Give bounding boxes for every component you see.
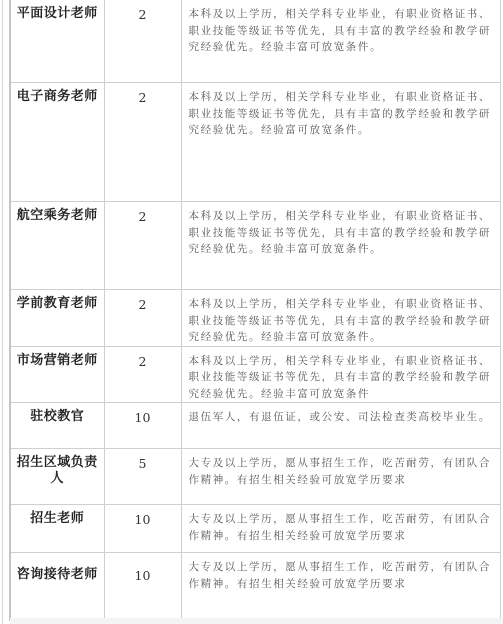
table-row: 平面设计老师 2 本科及以上学历，相关学科专业毕业，有职业资格证书、职业技能等级…	[10, 0, 500, 83]
headcount: 2	[104, 83, 181, 202]
position-name: 平面设计老师	[10, 0, 104, 83]
recruitment-table: 平面设计老师 2 本科及以上学历，相关学科专业毕业，有职业资格证书、职业技能等级…	[9, 0, 501, 621]
position-name: 招生老师	[10, 505, 104, 553]
position-name: 学前教育老师	[10, 290, 104, 347]
requirements: 本科及以上学历，相关学科专业毕业，有职业资格证书、职业技能等级证书等优先，具有丰…	[181, 0, 500, 83]
position-name: 驻校教官	[10, 403, 104, 449]
table-row: 咨询接待老师 10 大专及以上学历，愿从事招生工作，吃苦耐劳，有团队合作精神。有…	[10, 553, 500, 621]
requirements: 退伍军人，有退伍证，或公安、司法检查类高校毕业生。	[181, 403, 500, 449]
requirements: 大专及以上学历，愿从事招生工作，吃苦耐劳，有团队合作精神。有招生相关经验可放宽学…	[181, 505, 500, 553]
headcount: 10	[104, 505, 181, 553]
requirements: 大专及以上学历，愿从事招生工作，吃苦耐劳，有团队合作精神。有招生相关经验可放宽学…	[181, 553, 500, 621]
headcount: 10	[104, 553, 181, 621]
position-name: 招生区域负责人	[10, 449, 104, 505]
table-row: 招生区域负责人 5 大专及以上学历，愿从事招生工作，吃苦耐劳，有团队合作精神。有…	[10, 449, 500, 505]
page-edge-line	[2, 0, 3, 624]
table-row: 招生老师 10 大专及以上学历，愿从事招生工作，吃苦耐劳，有团队合作精神。有招生…	[10, 505, 500, 553]
position-name: 咨询接待老师	[10, 553, 104, 621]
table-row: 航空乘务老师 2 本科及以上学历，相关学科专业毕业，有职业资格证书、职业技能等级…	[10, 202, 500, 290]
requirements: 本科及以上学历，相关学科专业毕业，有职业资格证书、职业技能等级证书等优先，具有丰…	[181, 346, 500, 403]
table-row: 学前教育老师 2 本科及以上学历，相关学科专业毕业，有职业资格证书、职业技能等级…	[10, 290, 500, 347]
requirements: 本科及以上学历，相关学科专业毕业，有职业资格证书、职业技能等级证书等优先，具有丰…	[181, 83, 500, 202]
position-name: 市场营销老师	[10, 346, 104, 403]
page-bottom-margin	[10, 618, 503, 624]
table-row: 市场营销老师 2 本科及以上学历，相关学科专业毕业，有职业资格证书、职业技能等级…	[10, 346, 500, 403]
requirements: 本科及以上学历，相关学科专业毕业，有职业资格证书、职业技能等级证书等优先，具有丰…	[181, 202, 500, 290]
headcount: 5	[104, 449, 181, 505]
headcount: 2	[104, 0, 181, 83]
headcount: 2	[104, 202, 181, 290]
position-name: 电子商务老师	[10, 83, 104, 202]
headcount: 10	[104, 403, 181, 449]
headcount: 2	[104, 346, 181, 403]
requirements: 本科及以上学历，相关学科专业毕业，有职业资格证书、职业技能等级证书等优先，具有丰…	[181, 290, 500, 347]
table-row: 电子商务老师 2 本科及以上学历，相关学科专业毕业，有职业资格证书、职业技能等级…	[10, 83, 500, 202]
requirements: 大专及以上学历，愿从事招生工作，吃苦耐劳，有团队合作精神。有招生相关经验可放宽学…	[181, 449, 500, 505]
headcount: 2	[104, 290, 181, 347]
table-row: 驻校教官 10 退伍军人，有退伍证，或公安、司法检查类高校毕业生。	[10, 403, 500, 449]
position-name: 航空乘务老师	[10, 202, 104, 290]
